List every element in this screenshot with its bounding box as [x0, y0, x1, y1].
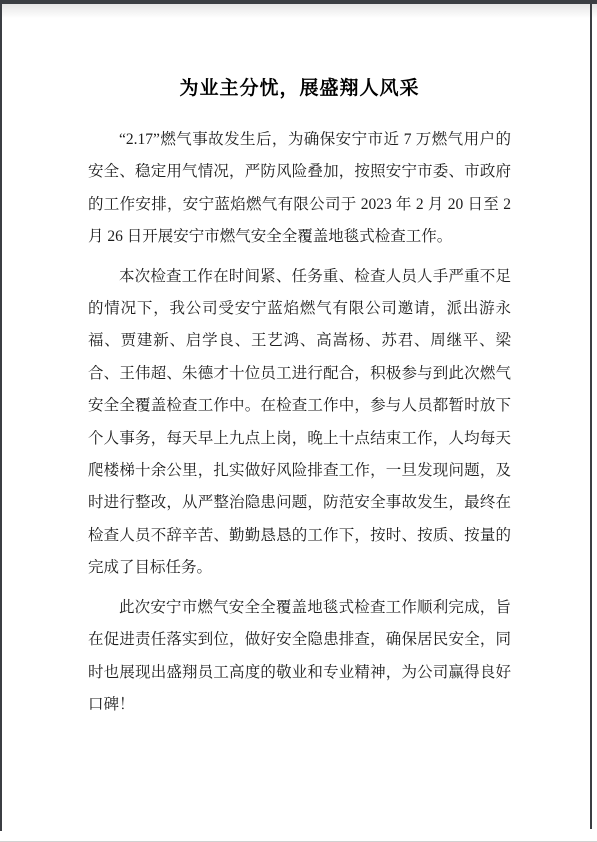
viewer-right-edge: [590, 0, 592, 829]
document-page: 为业主分忧，展盛翔人风采 “2.17”燃气事故发生后，为确保安宁市近 7 万燃气…: [0, 0, 597, 842]
paragraph: 此次安宁市燃气安全全覆盖地毯式检查工作顺利完成，旨在促进责任落实到位，做好安全隐…: [88, 592, 511, 722]
document-body: “2.17”燃气事故发生后，为确保安宁市近 7 万燃气用户的安全、稳定用气情况，…: [88, 124, 511, 721]
paragraph: “2.17”燃气事故发生后，为确保安宁市近 7 万燃气用户的安全、稳定用气情况，…: [88, 124, 511, 254]
viewer-left-edge: [0, 0, 2, 831]
document-content: 为业主分忧，展盛翔人风采 “2.17”燃气事故发生后，为确保安宁市近 7 万燃气…: [88, 0, 511, 728]
paragraph: 本次检查工作在时间紧、任务重、检查人员人手严重不足的情况下，我公司受安宁蓝焰燃气…: [88, 261, 511, 585]
document-title: 为业主分忧，展盛翔人风采: [88, 76, 511, 102]
